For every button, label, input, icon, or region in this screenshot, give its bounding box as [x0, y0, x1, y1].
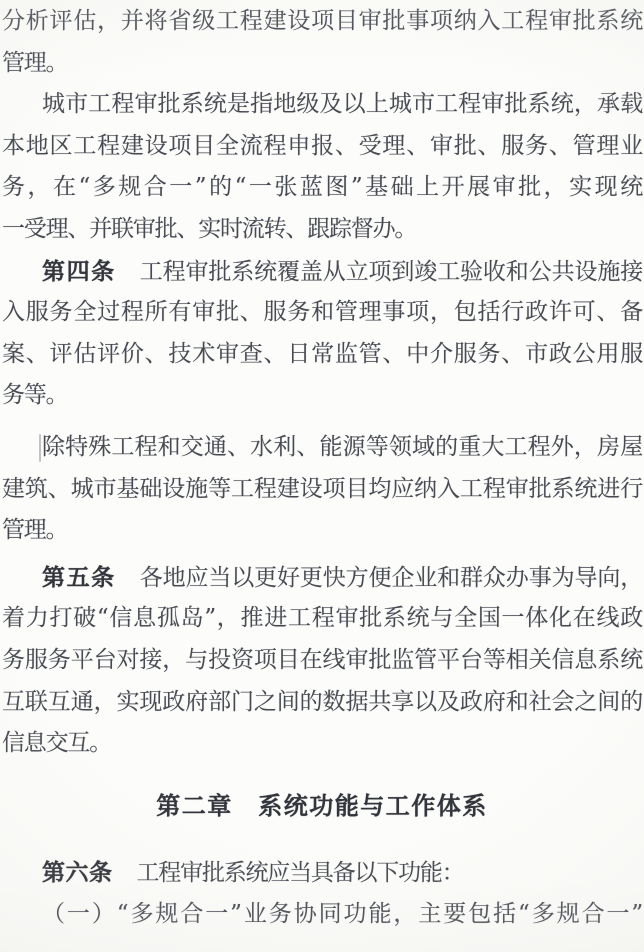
article-number: 第五条 [42, 564, 116, 591]
line-text: 管理。 [2, 517, 67, 543]
text-line: 建筑、城市基础设施等工程建设项目均应纳入工程审批系统进行 [0, 469, 644, 511]
line-text: 本地区工程建设项目全流程申报、受理、审批、服务、管理业 [2, 133, 642, 159]
line-text: 工程审批系统应当具备以下功能： [137, 860, 464, 886]
text-line: 入服务全过程所有审批、服务和管理事项，包括行政许可、备 [0, 292, 644, 334]
text-line: 案、评估评价、技术审查、日常监管、中介服务、市政公用服 [0, 334, 644, 376]
line-text: （一）“多规合一”业务协同功能，主要包括“多规合一” [42, 901, 642, 927]
line-text: 工程审批系统覆盖从立项到竣工验收和公共设施接 [140, 259, 642, 285]
text-line: 管理。 [0, 510, 644, 552]
article-number: 第六条 [42, 859, 113, 886]
text-line: 信息交互。 [0, 723, 644, 765]
text-line: 务，在“多规合一”的“一张蓝图”基础上开展审批，实现统 [0, 167, 644, 209]
line-text: 案、评估评价、技术审查、日常监管、中介服务、市政公用服 [2, 341, 642, 367]
article-number: 第四条 [42, 258, 116, 285]
article-line: 第六条工程审批系统应当具备以下功能： [0, 852, 644, 894]
line-text: 着力打破“信息孤岛”，推进工程审批系统与全国一体化在线政 [2, 605, 642, 631]
line-text: 各地应当以更好更快方便企业和群众办事为导向， [140, 565, 642, 591]
line-text: 务，在“多规合一”的“一张蓝图”基础上开展审批，实现统 [2, 174, 642, 200]
line-text: 管理。 [2, 50, 67, 76]
line-text: 入服务全过程所有审批、服务和管理事项，包括行政许可、备 [2, 299, 642, 325]
text-line: 除特殊工程和交通、水利、能源等领域的重大工程外，房屋 [0, 427, 644, 469]
page-content: 分析评估，并将省级工程建设项目审批事项纳入工程审批系统管理。城市工程审批系统是指… [0, 1, 644, 935]
text-line: 本地区工程建设项目全流程申报、受理、审批、服务、管理业 [0, 126, 644, 168]
line-text: 建筑、城市基础设施等工程建设项目均应纳入工程审批系统进行 [2, 476, 642, 502]
text-line: 着力打破“信息孤岛”，推进工程审批系统与全国一体化在线政 [0, 598, 644, 640]
article-line: 第四条工程审批系统覆盖从立项到竣工验收和公共设施接 [0, 251, 644, 293]
line-text: 信息交互。 [2, 730, 111, 756]
line-text: 第二章 系统功能与工作体系 [156, 791, 488, 820]
text-line: 务服务平台对接，与投资项目在线审批监管平台等相关信息系统 [0, 640, 644, 682]
line-text: 城市工程审批系统是指地级及以上城市工程审批系统，承载 [42, 91, 642, 117]
line-text: 务等。 [2, 382, 67, 408]
line-text: 除特殊工程和交通、水利、能源等领域的重大工程外，房屋 [42, 434, 642, 460]
text-line: 一受理、并联审批、实时流转、跟踪督办。 [0, 209, 644, 251]
line-text: 互联互通，实现政府部门之间的数据共享以及政府和社会之间的 [2, 689, 642, 715]
article-line: 第五条各地应当以更好更快方便企业和群众办事为导向， [0, 557, 644, 599]
text-line: 互联互通，实现政府部门之间的数据共享以及政府和社会之间的 [0, 682, 644, 724]
line-text: 务服务平台对接，与投资项目在线审批监管平台等相关信息系统 [2, 647, 642, 673]
document-page: 分析评估，并将省级工程建设项目审批事项纳入工程审批系统管理。城市工程审批系统是指… [0, 0, 644, 952]
text-line: 务等。 [0, 375, 644, 417]
text-line: （一）“多规合一”业务协同功能，主要包括“多规合一” [0, 894, 644, 936]
line-text: 分析评估，并将省级工程建设项目审批事项纳入工程审批系统 [2, 8, 642, 34]
chapter-heading: 第二章 系统功能与工作体系 [0, 785, 644, 827]
line-text: 一受理、并联审批、实时流转、跟踪督办。 [2, 216, 416, 242]
text-line: 分析评估，并将省级工程建设项目审批事项纳入工程审批系统 [0, 1, 644, 43]
text-line: 管理。 [0, 43, 644, 85]
text-line: 城市工程审批系统是指地级及以上城市工程审批系统，承载 [0, 84, 644, 126]
